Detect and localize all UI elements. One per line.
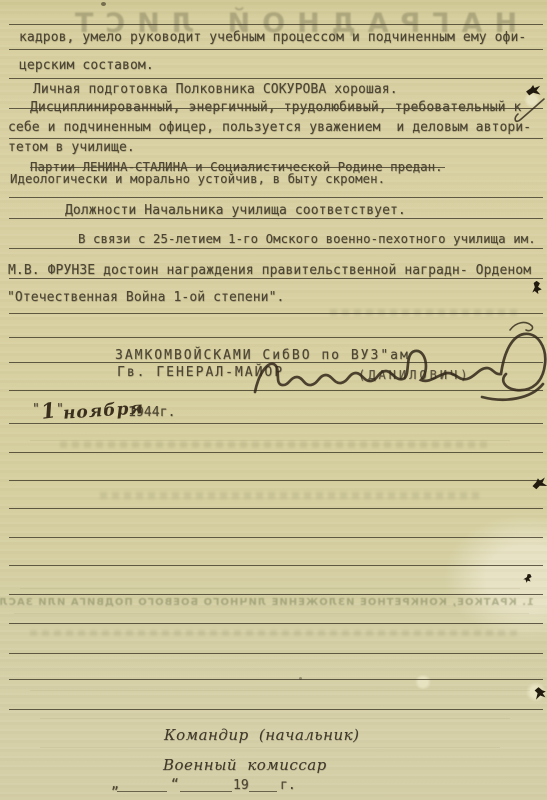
form-rule <box>9 679 543 680</box>
form-rule <box>9 278 543 279</box>
form-rule <box>9 248 543 249</box>
bleed-rule <box>30 690 530 691</box>
signer-rank-line: Гв. ГЕНЕРАЛ-МАЙОР <box>117 366 284 380</box>
blank-underline <box>180 791 232 792</box>
form-rule <box>9 197 543 198</box>
typed-line: Личная подготовка Полковника СОКУРОВА хо… <box>33 83 398 97</box>
form-rule <box>9 480 543 481</box>
typed-line: Идеологически и морально устойчив, в быт… <box>10 172 385 186</box>
bleed-rule <box>30 440 510 441</box>
bleed-rule <box>40 718 510 719</box>
typed-line: "Отечественная Война 1-ой степени". <box>7 291 284 305</box>
ink-speck <box>101 2 106 6</box>
form-rule <box>9 623 543 624</box>
commander-label: Командир (начальник) <box>164 726 359 744</box>
form-rule <box>9 508 543 509</box>
form-rule <box>9 653 543 654</box>
bleed-rule <box>20 588 520 589</box>
form-rule <box>9 390 543 391</box>
signer-surname-typed: (ДАНИЛОВИЧ) <box>358 368 470 382</box>
typed-line: тетом в училище. <box>8 141 135 155</box>
footer-quote-close: “ <box>171 778 179 792</box>
typed-line: Дисциплинированный, энергичный, трудолюб… <box>30 101 521 115</box>
typed-line: кадров, умело руководит учебным процессо… <box>19 31 526 45</box>
form-rule <box>9 594 543 595</box>
date-quote-open: " <box>32 403 40 417</box>
form-rule <box>9 49 543 50</box>
bleed-rule <box>40 747 500 748</box>
blank-underline <box>249 791 277 792</box>
bleed-rule <box>14 613 529 614</box>
form-rule <box>9 423 543 424</box>
typed-line: Должности Начальника училища соответству… <box>65 204 406 218</box>
footer-quote-open: „ <box>111 778 119 792</box>
handwritten-day: 1 <box>40 397 58 424</box>
typed-line: В связи с 25-летием 1-го Омского военно-… <box>78 232 536 246</box>
commissar-label: Военный комиссар <box>163 756 327 774</box>
form-rule <box>9 452 543 453</box>
typed-line: церским составом. <box>19 59 154 73</box>
form-rule <box>9 337 543 338</box>
typed-line: себе и подчиненным офицер, пользуется ув… <box>8 121 531 135</box>
signer-position-line: ЗАМКОМВОЙСКАМИ СибВО по ВУЗ"ам <box>115 349 410 363</box>
footer-year-suffix: г. <box>280 779 296 793</box>
ink-speck <box>299 677 302 680</box>
form-rule <box>9 24 543 25</box>
form-rule <box>9 709 543 710</box>
typed-line: М.В. ФРУНЗЕ достоин награждения правител… <box>8 264 531 278</box>
footer-year-prefix: 19 <box>233 779 249 793</box>
form-rule <box>9 313 543 314</box>
form-rule <box>9 78 543 79</box>
form-rule <box>9 218 543 219</box>
form-rule <box>9 565 543 566</box>
form-rule <box>9 138 543 139</box>
form-rule <box>9 537 543 538</box>
document-page: НАГРАДНОЙ ЛИСТ 1. КРАТКОЕ, КОНКРЕТНОЕ ИЗ… <box>0 0 547 800</box>
blank-underline <box>117 791 167 792</box>
